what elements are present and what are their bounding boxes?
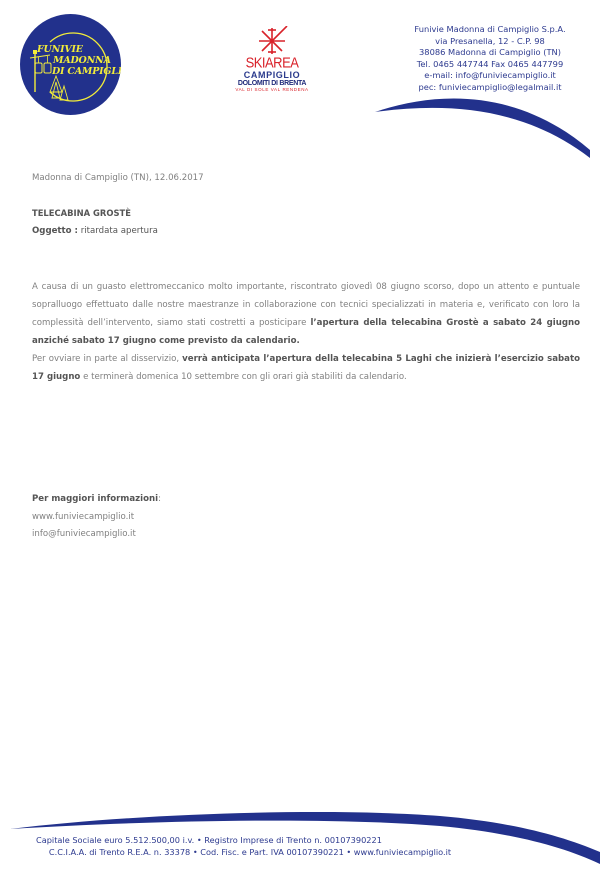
skiarea-title: SKIAREA (222, 55, 322, 69)
logo-text-line: FUNIVIE (37, 45, 83, 55)
skiarea-valleys-text: VAL DI SOLE VAL RENDENA (222, 88, 322, 93)
paragraph-text: Per ovviare in parte al disservizio, (32, 354, 182, 364)
more-info-colon: : (158, 494, 161, 504)
snowflake-star-icon (255, 26, 289, 56)
logo-text-line: DI CAMPIGLIO (52, 67, 121, 77)
decorative-swoosh-graphics (0, 0, 600, 886)
more-info-heading: Per maggiori informazioni (32, 494, 158, 504)
letter-body: A causa di un guasto elettromeccanico mo… (32, 278, 580, 386)
skiarea-campiglio-logo: SKIAREA CAMPIGLIO DOLOMITI DI BRENTA VAL… (222, 26, 322, 98)
subject-label: Oggetto : (32, 226, 78, 236)
place-and-date: Madonna di Campiglio (TN), 12.06.2017 (32, 173, 580, 183)
company-pec: pec: funiviecampiglio@legalmail.it (395, 82, 585, 94)
letter-subject: Oggetto : ritardata apertura (32, 226, 580, 236)
skiarea-campiglio-text: CAMPIGLIO (222, 71, 322, 80)
company-email: e-mail: info@funiviecampiglio.it (395, 70, 585, 82)
body-paragraph-1: A causa di un guasto elettromeccanico mo… (32, 278, 580, 350)
company-phone: Tel. 0465 447744 Fax 0465 447799 (395, 59, 585, 71)
letter-title: TELECABINA GROSTÈ (32, 208, 580, 218)
logo-text-line: MADONNA (53, 56, 111, 66)
legal-footer: Capitale Sociale euro 5.512.500,00 i.v. … (0, 835, 500, 858)
header-swoosh (375, 99, 590, 158)
company-street: via Presanella, 12 - C.P. 98 (395, 36, 585, 48)
company-city: 38086 Madonna di Campiglio (TN) (395, 47, 585, 59)
footer-line-2: C.C.I.A.A. di Trento R.E.A. n. 33378 • C… (0, 847, 500, 859)
footer-line-1: Capitale Sociale euro 5.512.500,00 i.v. … (18, 835, 500, 847)
body-paragraph-2: Per ovviare in parte al disservizio, ver… (32, 350, 580, 386)
paragraph-text: e terminerà domenica 10 settembre con gl… (80, 372, 406, 382)
skiarea-dolomiti-text: DOLOMITI DI BRENTA (222, 80, 322, 87)
funivie-madonna-di-campiglio-logo: FUNIVIE MADONNA DI CAMPIGLIO (20, 14, 121, 115)
subject-value: ritardata apertura (81, 226, 158, 236)
more-info-block: Per maggiori informazioni: www.funivieca… (32, 491, 580, 544)
company-name: Funivie Madonna di Campiglio S.p.A. (395, 24, 585, 36)
email-link[interactable]: info@funiviecampiglio.it (32, 526, 580, 544)
company-address-block: Funivie Madonna di Campiglio S.p.A. via … (395, 24, 585, 94)
website-link[interactable]: www.funiviecampiglio.it (32, 509, 580, 527)
